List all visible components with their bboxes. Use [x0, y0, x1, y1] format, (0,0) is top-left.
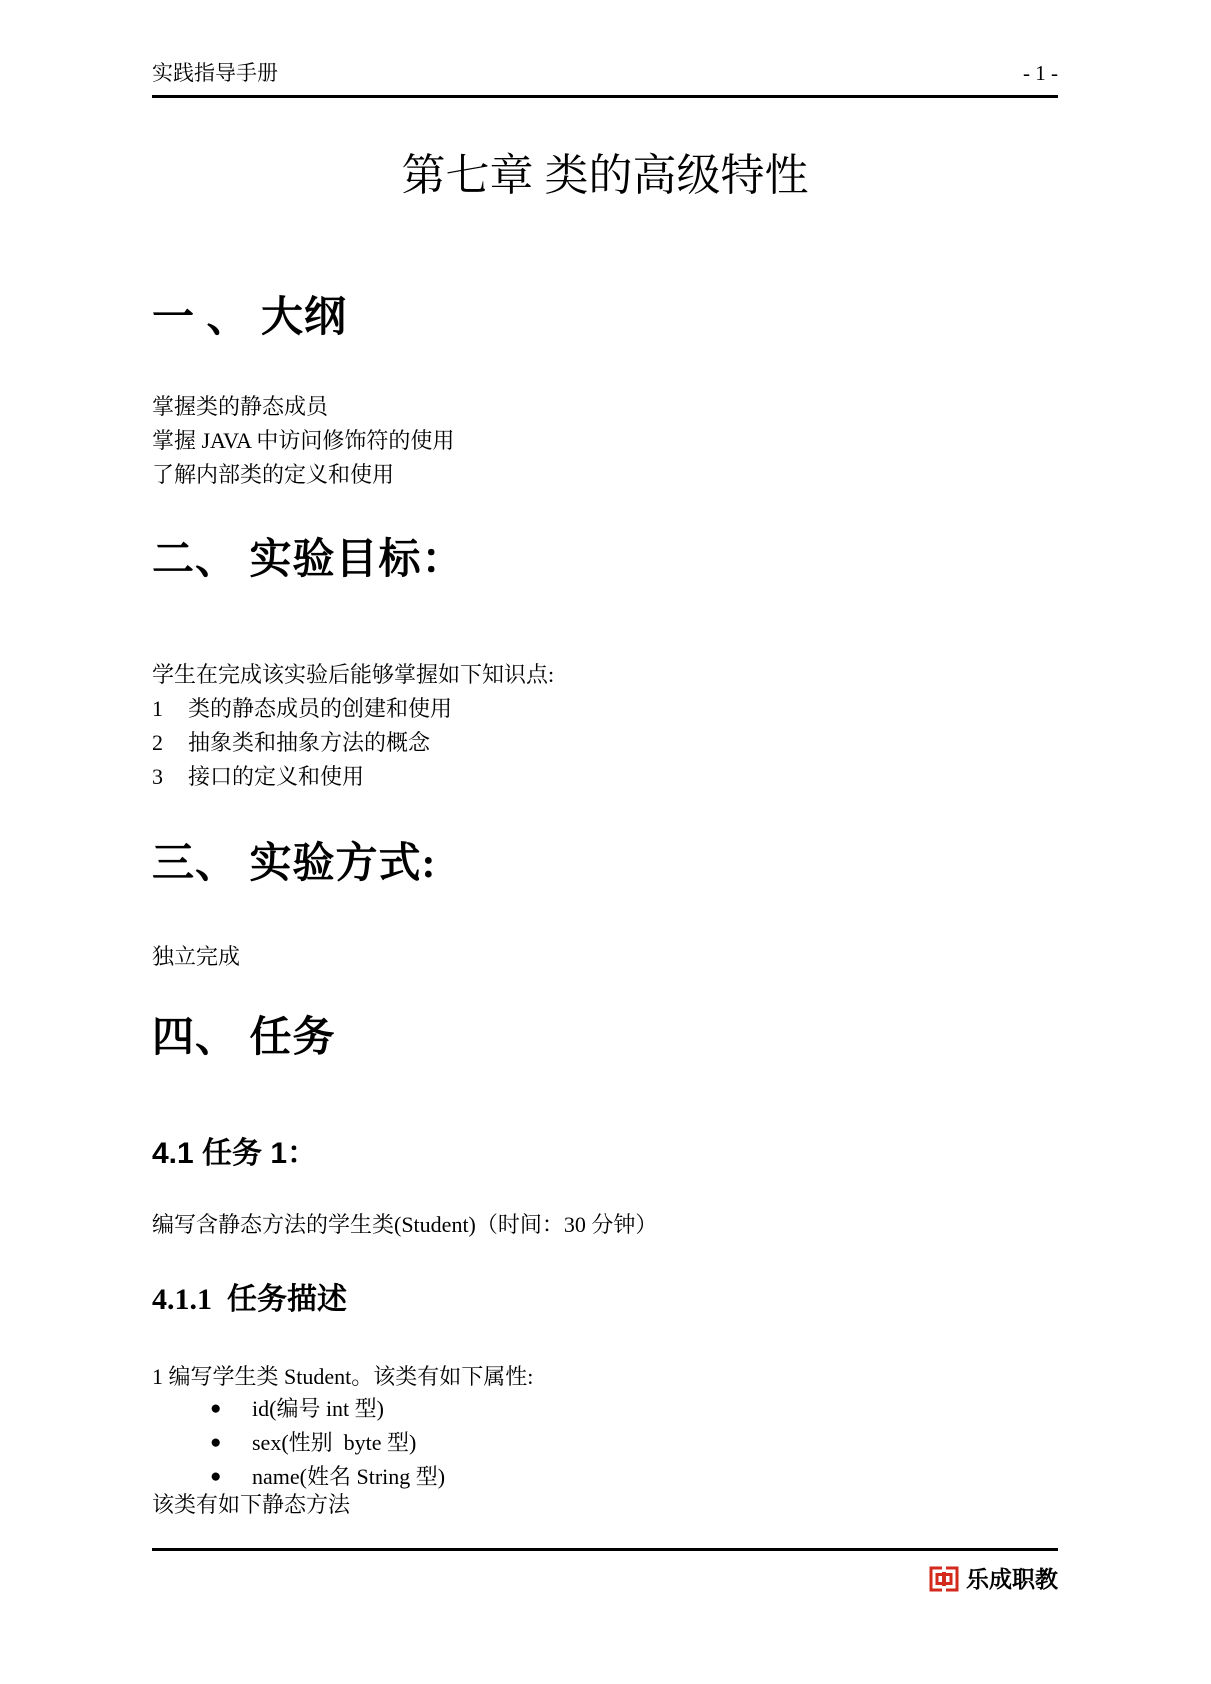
attribute-list: ● id(编号 int 型) ● sex(性别 byte 型) ● name(姓…	[152, 1392, 1058, 1494]
footer-divider	[152, 1548, 1058, 1551]
objective-number: 1	[152, 692, 188, 726]
header-page-number: - 1 -	[1023, 58, 1058, 88]
outline-item: 掌握 JAVA 中访问修饰符的使用	[152, 424, 1058, 458]
section-heading-objectives: 二、 实验目标：	[152, 534, 1058, 586]
objective-number: 3	[152, 760, 188, 794]
objective-item: 2 抽象类和抽象方法的概念	[152, 726, 1058, 760]
objective-item: 1 类的静态成员的创建和使用	[152, 692, 1058, 726]
objective-text: 抽象类和抽象方法的概念	[188, 726, 430, 760]
header-divider	[152, 95, 1058, 98]
task1-desc-outro: 该类有如下静态方法	[152, 1488, 1058, 1522]
method-text: 独立完成	[152, 940, 1058, 974]
brand-name: 乐成职教	[966, 1564, 1058, 1594]
outline-item: 了解内部类的定义和使用	[152, 458, 1058, 492]
page-header: 实践指导手册 - 1 -	[152, 58, 1058, 88]
objective-text: 类的静态成员的创建和使用	[188, 692, 452, 726]
objective-text: 接口的定义和使用	[188, 760, 364, 794]
task1-desc-intro: 1 编写学生类 Student。该类有如下属性:	[152, 1360, 1058, 1394]
objective-item: 3 接口的定义和使用	[152, 760, 1058, 794]
outline-item: 掌握类的静态成员	[152, 390, 1058, 424]
bullet-icon: ●	[210, 1392, 252, 1426]
task1-summary: 编写含静态方法的学生类(Student)（时间：30 分钟）	[152, 1208, 1058, 1242]
objective-number: 2	[152, 726, 188, 760]
outline-list: 掌握类的静态成员 掌握 JAVA 中访问修饰符的使用 了解内部类的定义和使用	[152, 390, 1058, 492]
document-page: 实践指导手册 - 1 - 第七章 类的高级特性 一 、 大纲 掌握类的静态成员 …	[0, 0, 1211, 1684]
task1-heading: 4.1 任务 1：	[152, 1134, 1058, 1174]
section-heading-method: 三、 实验方式:	[152, 838, 1058, 890]
section-heading-tasks: 四、 任务	[152, 1012, 1058, 1064]
footer-brand: 乐成职教	[152, 1564, 1058, 1594]
objectives-intro: 学生在完成该实验后能够掌握如下知识点:	[152, 658, 1058, 692]
bullet-icon: ●	[210, 1426, 252, 1460]
objectives-block: 学生在完成该实验后能够掌握如下知识点: 1 类的静态成员的创建和使用 2 抽象类…	[152, 658, 1058, 794]
task1-desc-heading: 4.1.1 任务描述	[152, 1280, 1058, 1320]
chapter-title: 第七章 类的高级特性	[152, 146, 1058, 206]
attribute-text: sex(性别 byte 型)	[252, 1426, 416, 1460]
section-heading-outline: 一 、 大纲	[152, 292, 1058, 344]
list-item: ● sex(性别 byte 型)	[210, 1426, 1058, 1460]
header-manual-title: 实践指导手册	[152, 58, 278, 88]
list-item: ● id(编号 int 型)	[210, 1392, 1058, 1426]
attribute-text: id(编号 int 型)	[252, 1392, 384, 1426]
brand-seal-icon	[929, 1566, 959, 1592]
